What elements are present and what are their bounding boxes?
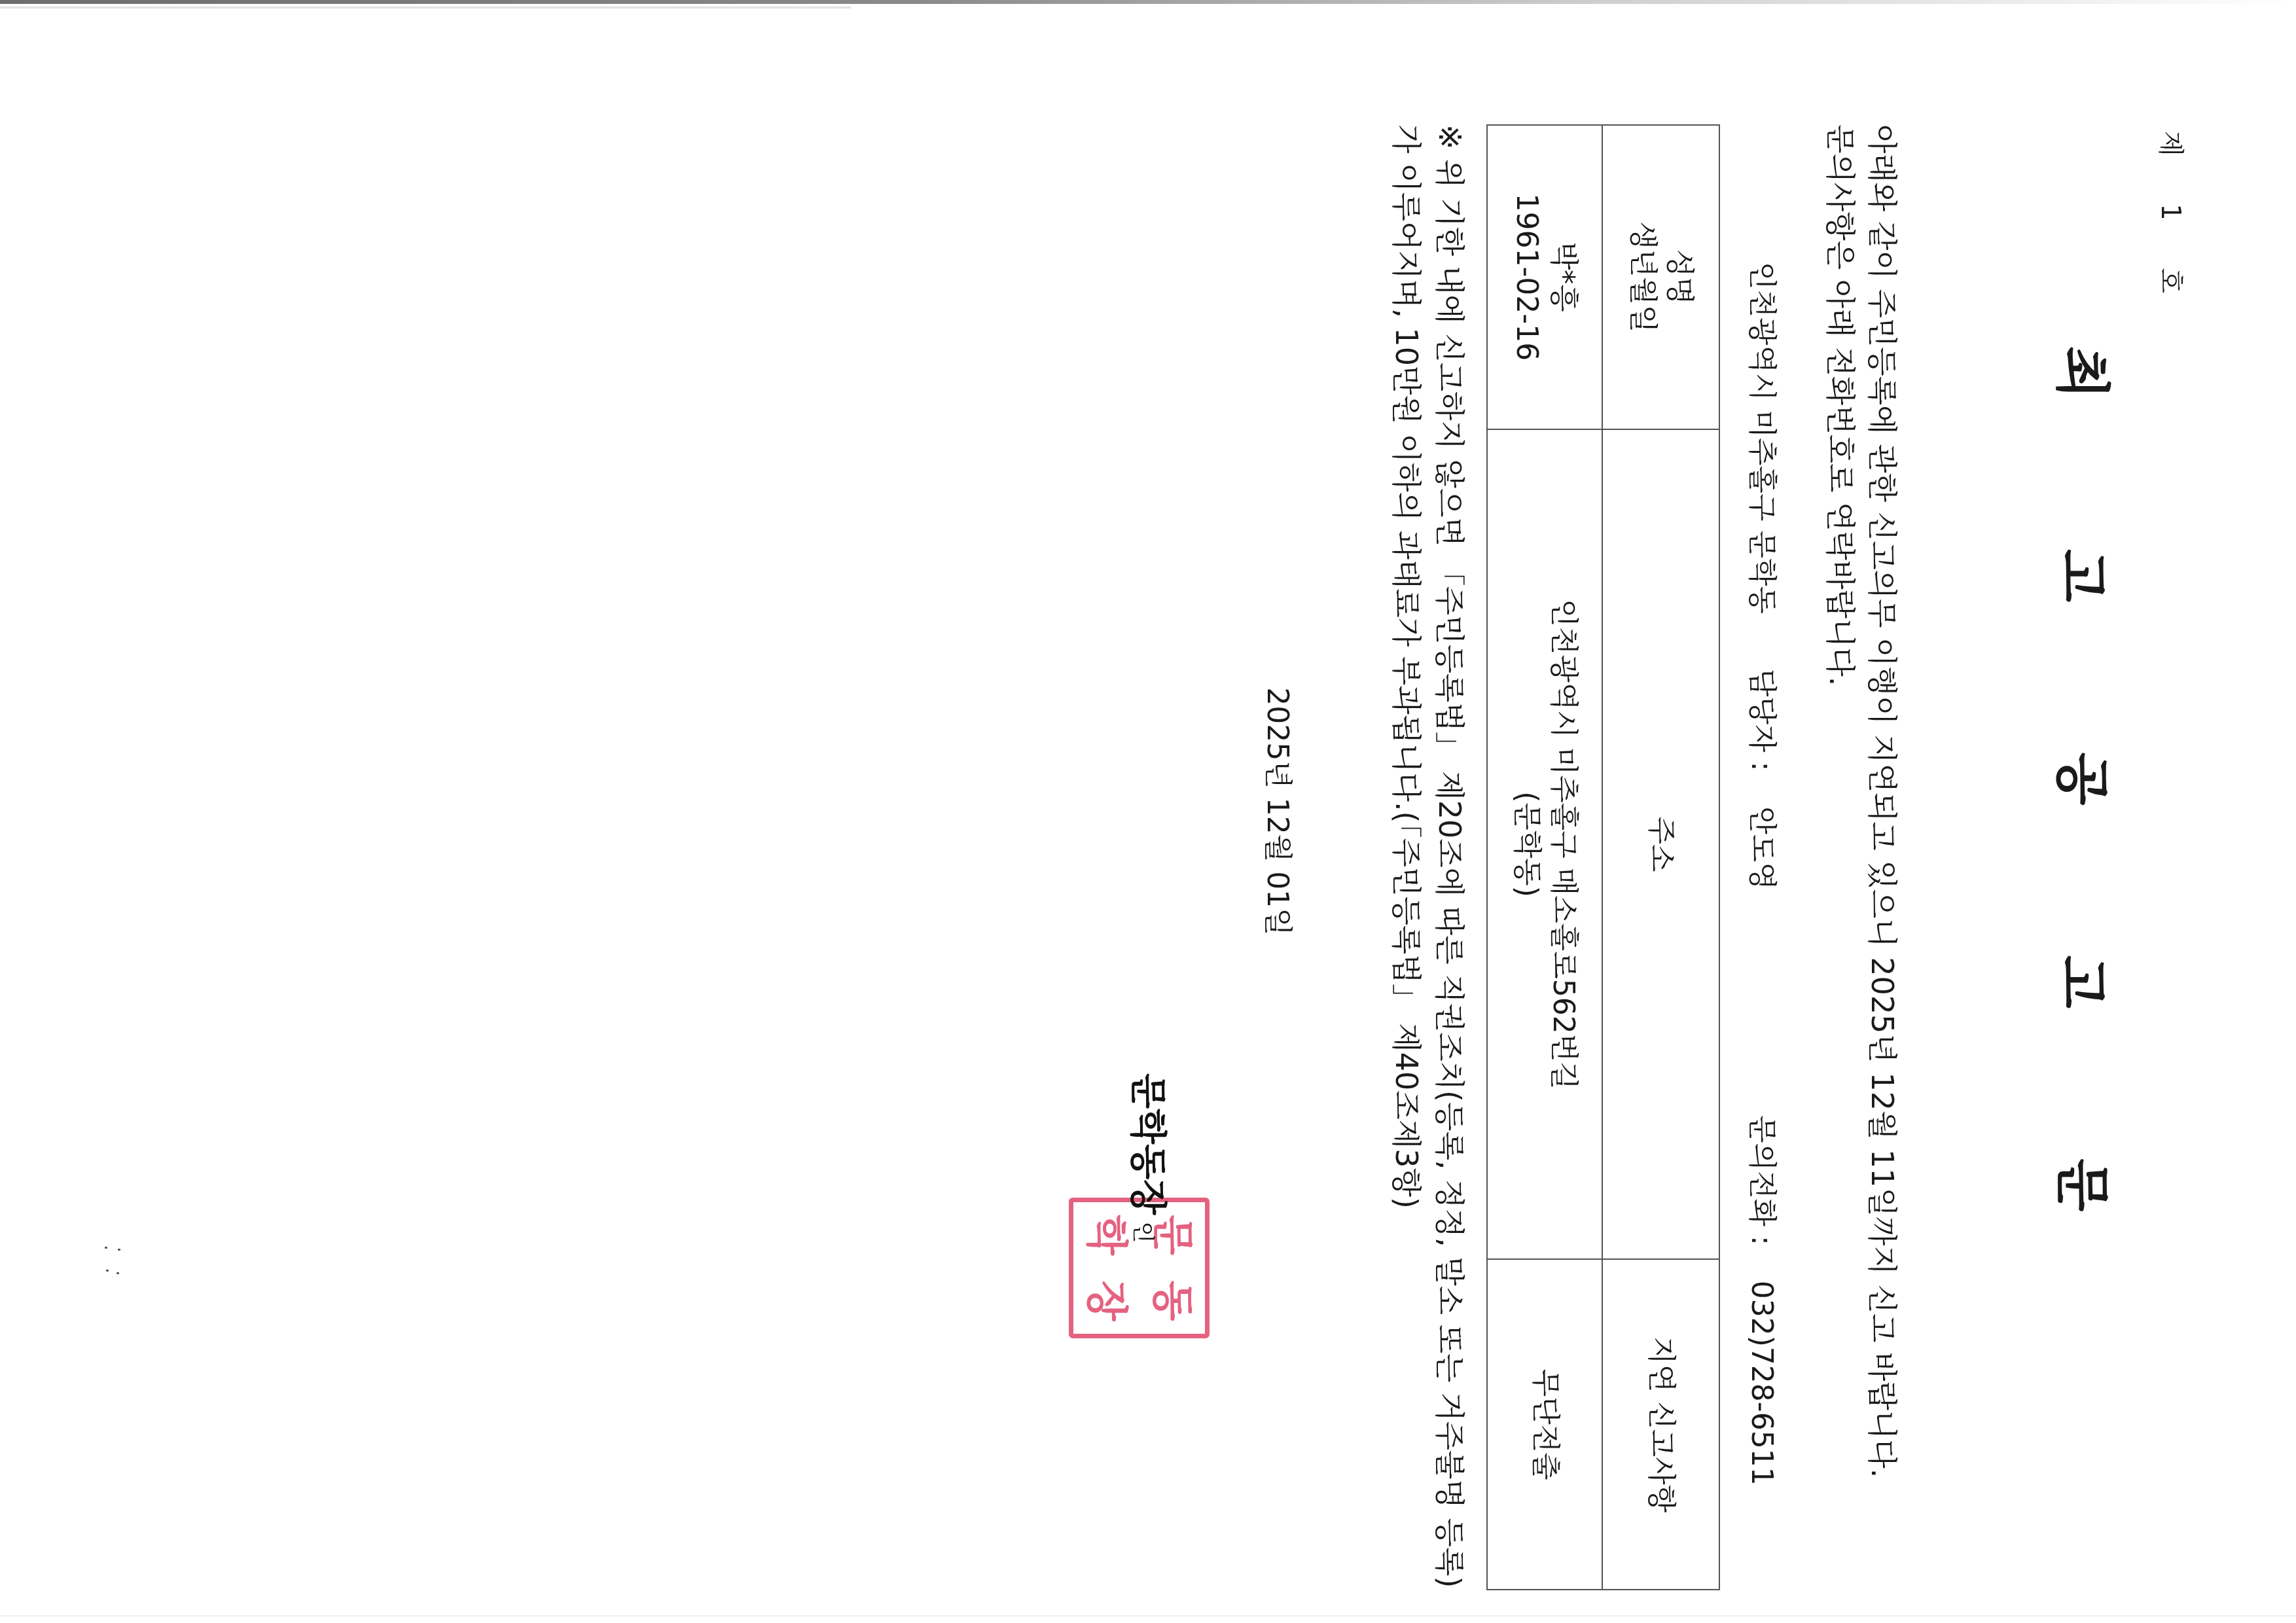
contact-line: 인천광역시 미추홀구 문학동 담당자 : 안도영 문의전화 : 032)728-… [1744,262,1785,1486]
table-row: 박*흥 1961-02-16 인천광역시 미추홀구 매소홀로562번길 (문학동… [1487,125,1602,1590]
issuer-signature: 문학동장인 [1124,1073,1177,1243]
delinquent-records-table: 성명 생년월일 주소 지연 신고사항 박*흥 1961-02-16 인천광역시 … [1486,124,1720,1590]
issuer-title: 문학동장 [1126,1073,1169,1215]
header-item: 지연 신고사항 [1602,1259,1719,1590]
intro-paragraph: 아래와 같이 주민등록에 관한 신고의무 이행이 지연되고 있으니 2025년 … [1820,124,1903,1564]
phone-label: 문의전화 : [1744,1115,1785,1245]
manager-label: 담당자 : [1744,669,1785,771]
cell-name-birthdate: 박*흥 1961-02-16 [1487,125,1602,429]
intro-line-1: 아래와 같이 주민등록에 관한 신고의무 이행이 지연되고 있으니 2025년 … [1861,124,1903,1564]
header-name-birthdate: 성명 생년월일 [1602,125,1719,429]
document-number: 제 1 호 [2154,131,2191,313]
rotated-document-page: 제 1 호 최 고 공 고 문 아래와 같이 주민등록에 관한 신고의무 이행이… [0,0,2296,1623]
table-header-row: 성명 생년월일 주소 지연 신고사항 [1602,125,1719,1590]
cell-item: 무단전출 [1487,1259,1602,1590]
document-title: 최 고 공 고 문 [2047,0,2126,1623]
seal-mark: 인 [1130,1221,1156,1243]
issue-date: 2025년 12월 01일 [1259,0,1301,1623]
header-address: 주소 [1602,429,1719,1260]
contact-organization: 인천광역시 미추홀구 문학동 [1744,262,1785,614]
legal-notice: ※ 위 기한 내에 신고하지 않으면 「주민등록법」 제20조에 따른 직권조치… [1385,124,1471,1590]
manager-name: 안도영 [1744,806,1785,890]
phone-number: 032)728-6511 [1745,1281,1778,1486]
intro-line-2: 문의사항은 아래 전화번호로 연락바랍니다. [1820,124,1861,1564]
cell-address: 인천광역시 미추홀구 매소홀로562번길 (문학동) [1487,429,1602,1260]
